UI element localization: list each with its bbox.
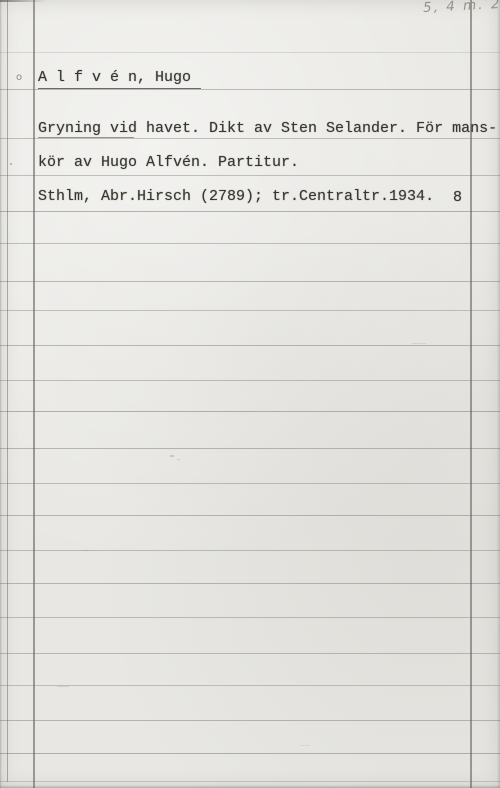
ruled-line	[0, 720, 500, 721]
pencil-annotation: 5, 4 m. 2	[423, 0, 500, 16]
card-title-line-1: Gryning vid havet. Dikt av Sten Selander…	[38, 121, 497, 137]
ruled-line	[0, 753, 500, 754]
card-heading-author: A l f v é n, Hugo	[38, 70, 201, 89]
title-underline	[38, 137, 134, 138]
ruled-line	[0, 138, 500, 139]
ruled-line	[0, 281, 500, 282]
ruled-line	[0, 380, 500, 381]
scan-speck	[10, 163, 12, 165]
ruled-line	[0, 243, 500, 244]
scan-speck	[300, 745, 310, 746]
scan-edge-artifact	[0, 0, 2, 788]
scan-speck	[83, 550, 89, 551]
ruled-line	[0, 52, 500, 53]
ruled-line	[0, 583, 500, 584]
ruled-line	[0, 175, 500, 176]
ruled-line	[0, 781, 500, 782]
ruled-line	[0, 617, 500, 618]
scan-speck	[412, 343, 426, 344]
ruled-line	[0, 448, 500, 449]
scan-edge-artifact	[0, 0, 46, 2]
card-size-mark: 8	[453, 190, 462, 206]
ruled-line	[0, 653, 500, 654]
scan-speck	[177, 459, 180, 460]
ruled-line	[0, 345, 500, 346]
ruled-line	[0, 89, 500, 90]
pencil-circle-mark: o	[16, 72, 22, 83]
catalog-card-scan: 5, 4 m. 2 o A l f v é n, Hugo Gryning vi…	[0, 0, 500, 788]
ruled-line	[0, 411, 500, 412]
ruled-line	[0, 483, 500, 484]
ruled-line	[0, 550, 500, 551]
ruled-line	[0, 515, 500, 516]
scan-speck	[57, 686, 69, 687]
right-margin-line	[470, 0, 472, 788]
card-title-line-2: kör av Hugo Alfvén. Partitur.	[38, 155, 299, 171]
card-imprint-line: Sthlm, Abr.Hirsch (2789); tr.Centraltr.1…	[38, 189, 434, 205]
left-outer-margin-line	[7, 0, 8, 782]
scan-speck	[170, 455, 174, 457]
ruled-line	[0, 310, 500, 311]
ruled-line	[0, 211, 500, 212]
left-inner-margin-line	[33, 0, 35, 788]
ruled-line	[0, 685, 500, 686]
